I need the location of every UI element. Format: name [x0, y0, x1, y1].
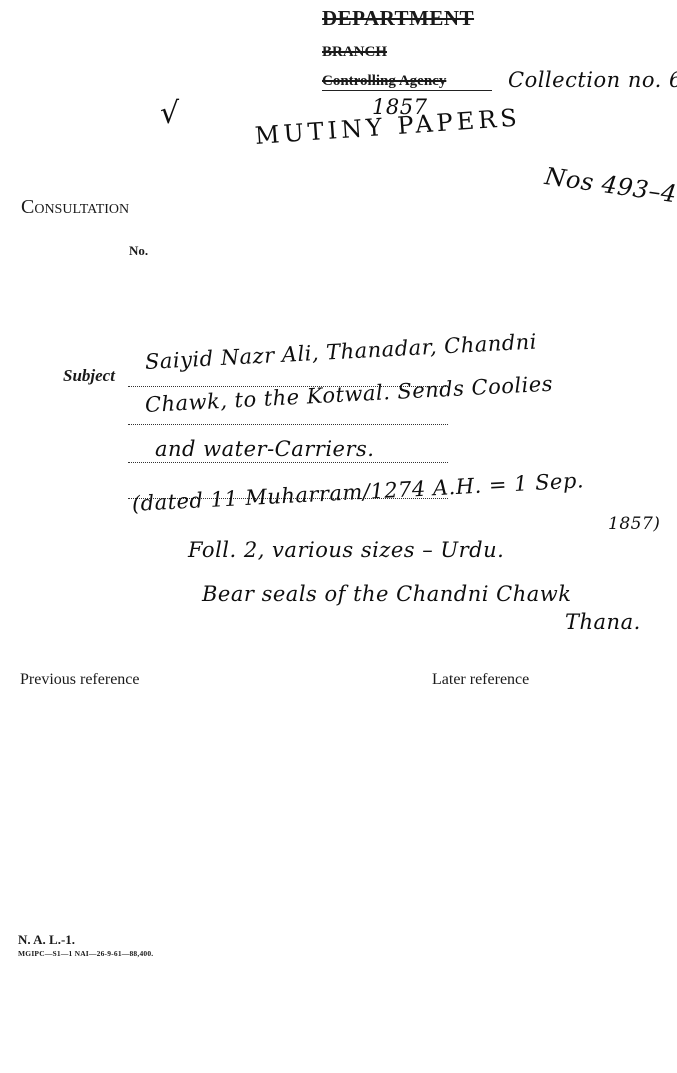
- form-code: N. A. L.-1.: [18, 932, 75, 948]
- agency-underline: [322, 90, 492, 91]
- subject-line: Saiyid Nazr Ali, Thanadar, Chandni: [144, 329, 537, 374]
- subject-line: and water-Carriers.: [155, 437, 374, 461]
- branch-label: BRANCH: [322, 44, 387, 61]
- consultation-no-label: No.: [129, 243, 148, 259]
- subject-seals-line-end: Thana.: [565, 610, 641, 634]
- later-reference-label: Later reference: [432, 671, 529, 689]
- subject-label: Subject: [63, 366, 115, 386]
- subject-seals-line: Bear seals of the Chandni Chawk: [202, 582, 571, 606]
- dotted-line: [128, 424, 448, 425]
- subject-date-year: 1857): [608, 514, 660, 534]
- printer-imprint: MGIPC—S1—1 NAI—26-9-61—88,400.: [18, 949, 153, 958]
- check-mark-icon: √: [160, 96, 180, 131]
- subject-folio-line: Foll. 2, various sizes – Urdu.: [188, 538, 504, 562]
- department-label: DEPARTMENT: [322, 6, 474, 31]
- subject-line: Chawk, to the Kotwal. Sends Coolies: [144, 372, 553, 417]
- archive-number: Nos 493–4.: [543, 162, 677, 209]
- controlling-agency-label: Controlling Agency: [322, 73, 446, 90]
- subject-date-line: (dated 11 Muharram/1274 A.H. = 1 Sep.: [131, 468, 584, 516]
- dotted-line: [128, 462, 448, 463]
- previous-reference-label: Previous reference: [20, 671, 140, 689]
- collection-number: Collection no. 61: [508, 68, 677, 92]
- consultation-heading: Consultation: [21, 196, 129, 219]
